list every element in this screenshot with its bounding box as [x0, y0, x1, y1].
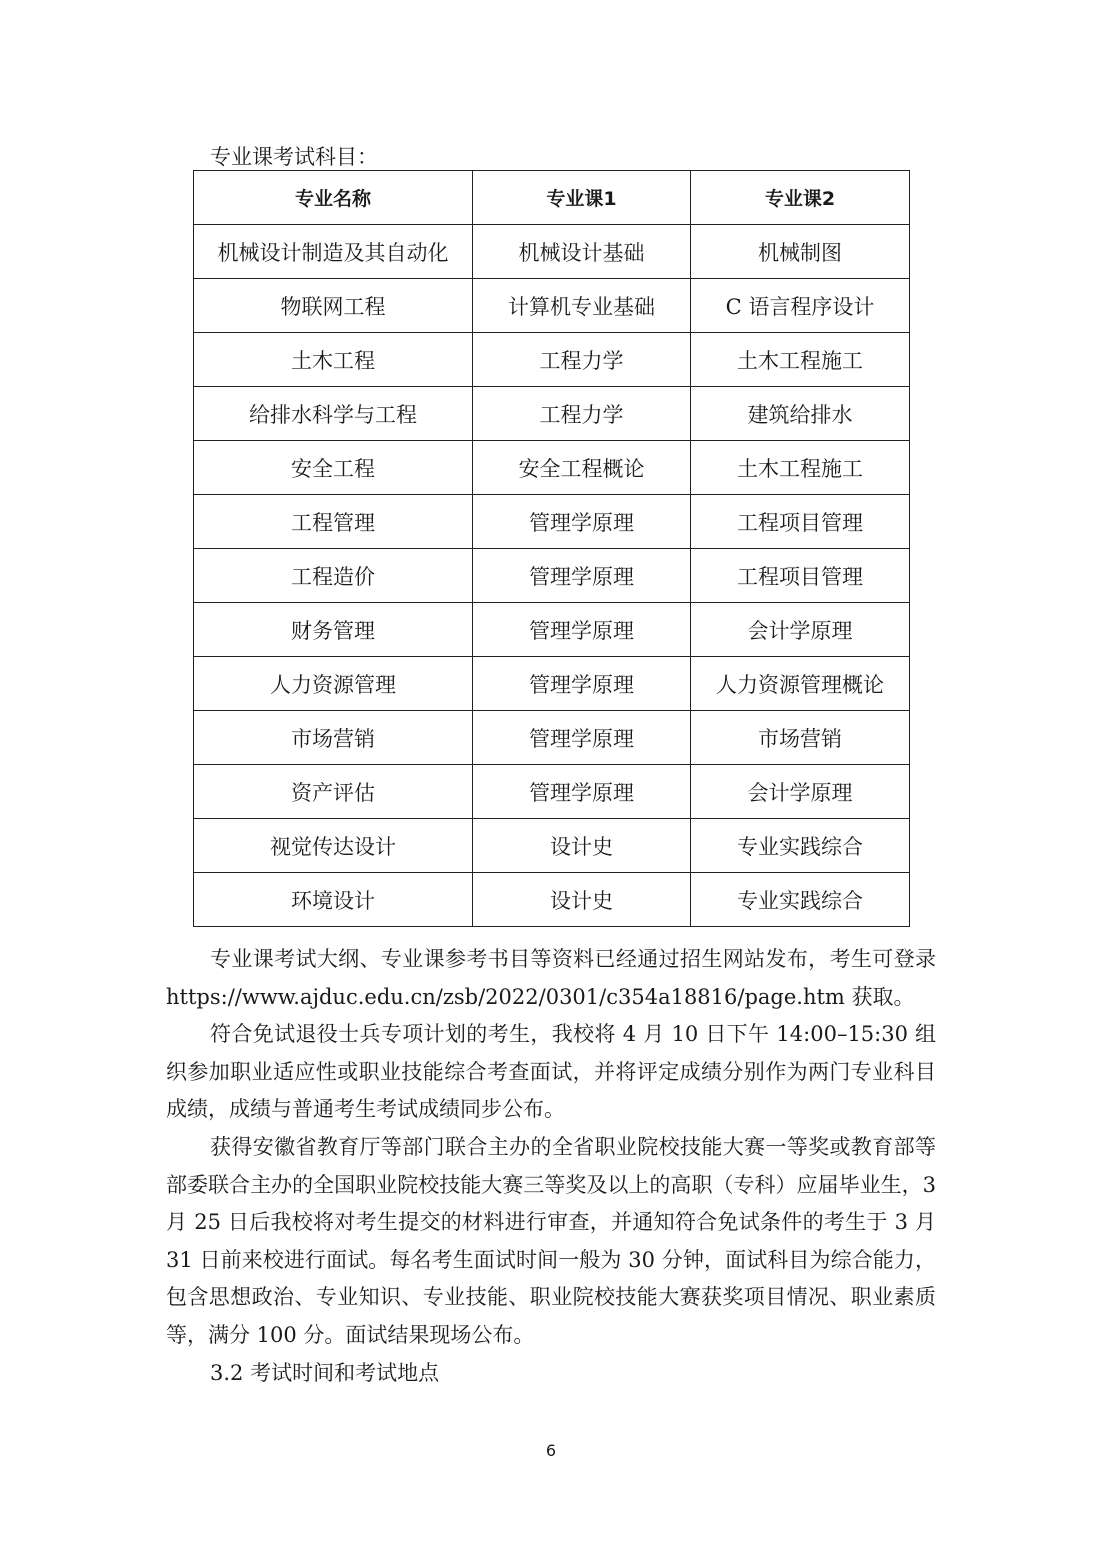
table-row: 工程造价管理学原理工程项目管理 — [194, 549, 910, 603]
header-major: 专业名称 — [194, 171, 473, 225]
cell-course-2: 建筑给排水 — [691, 387, 910, 441]
cell-major: 市场营销 — [194, 711, 473, 765]
cell-course-2: 专业实践综合 — [691, 819, 910, 873]
cell-course-1: 管理学原理 — [473, 765, 691, 819]
cell-course-2: 市场营销 — [691, 711, 910, 765]
cell-course-1: 机械设计基础 — [473, 225, 691, 279]
cell-course-2: 会计学原理 — [691, 603, 910, 657]
cell-major: 环境设计 — [194, 873, 473, 927]
cell-course-1: 管理学原理 — [473, 711, 691, 765]
cell-course-2: 工程项目管理 — [691, 495, 910, 549]
cell-major: 机械设计制造及其自动化 — [194, 225, 473, 279]
cell-course-2: 专业实践综合 — [691, 873, 910, 927]
section-label: 专业课考试科目： — [210, 141, 378, 171]
cell-course-1: 管理学原理 — [473, 603, 691, 657]
header-course-1: 专业课1 — [473, 171, 691, 225]
cell-course-1: 管理学原理 — [473, 657, 691, 711]
cell-course-1: 管理学原理 — [473, 549, 691, 603]
paragraph-skills-competition: 获得安徽省教育厅等部门联合主办的全省职业院校技能大赛一等奖或教育部等部委联合主办… — [166, 1129, 936, 1355]
cell-course-1: 设计史 — [473, 819, 691, 873]
cell-course-2: 机械制图 — [691, 225, 910, 279]
table-row: 安全工程安全工程概论土木工程施工 — [194, 441, 910, 495]
cell-major: 给排水科学与工程 — [194, 387, 473, 441]
table-row: 工程管理管理学原理工程项目管理 — [194, 495, 910, 549]
cell-course-2: 土木工程施工 — [691, 441, 910, 495]
table-row: 物联网工程计算机专业基础C 语言程序设计 — [194, 279, 910, 333]
cell-major: 财务管理 — [194, 603, 473, 657]
cell-course-1: 工程力学 — [473, 387, 691, 441]
paragraph-syllabus: 专业课考试大纲、专业课参考书目等资料已经通过招生网站发布，考生可登录 https… — [166, 941, 936, 1016]
subjects-table: 专业名称 专业课1 专业课2 机械设计制造及其自动化机械设计基础机械制图 物联网… — [193, 170, 910, 927]
cell-course-2: 会计学原理 — [691, 765, 910, 819]
table-row: 视觉传达设计设计史专业实践综合 — [194, 819, 910, 873]
table-row: 资产评估管理学原理会计学原理 — [194, 765, 910, 819]
cell-course-2: 土木工程施工 — [691, 333, 910, 387]
cell-major: 安全工程 — [194, 441, 473, 495]
cell-course-1: 管理学原理 — [473, 495, 691, 549]
table-row: 财务管理管理学原理会计学原理 — [194, 603, 910, 657]
cell-major: 资产评估 — [194, 765, 473, 819]
table-row: 机械设计制造及其自动化机械设计基础机械制图 — [194, 225, 910, 279]
cell-major: 视觉传达设计 — [194, 819, 473, 873]
table-row: 环境设计设计史专业实践综合 — [194, 873, 910, 927]
cell-course-1: 工程力学 — [473, 333, 691, 387]
cell-course-2: 工程项目管理 — [691, 549, 910, 603]
section-heading-3-2: 3.2 考试时间和考试地点 — [166, 1355, 936, 1393]
cell-course-2: C 语言程序设计 — [691, 279, 910, 333]
table-row: 给排水科学与工程工程力学建筑给排水 — [194, 387, 910, 441]
page-number: 6 — [0, 1441, 1102, 1460]
cell-major: 人力资源管理 — [194, 657, 473, 711]
cell-course-1: 计算机专业基础 — [473, 279, 691, 333]
cell-course-2: 人力资源管理概论 — [691, 657, 910, 711]
header-course-2: 专业课2 — [691, 171, 910, 225]
cell-major: 物联网工程 — [194, 279, 473, 333]
body-text: 专业课考试大纲、专业课参考书目等资料已经通过招生网站发布，考生可登录 https… — [166, 941, 936, 1392]
table-row: 土木工程工程力学土木工程施工 — [194, 333, 910, 387]
cell-course-1: 设计史 — [473, 873, 691, 927]
cell-major: 工程管理 — [194, 495, 473, 549]
cell-major: 土木工程 — [194, 333, 473, 387]
paragraph-veterans: 符合免试退役士兵专项计划的考生，我校将 4 月 10 日下午 14:00–15:… — [166, 1016, 936, 1129]
table-row: 人力资源管理管理学原理人力资源管理概论 — [194, 657, 910, 711]
table-row: 市场营销管理学原理市场营销 — [194, 711, 910, 765]
table-header-row: 专业名称 专业课1 专业课2 — [194, 171, 910, 225]
cell-major: 工程造价 — [194, 549, 473, 603]
cell-course-1: 安全工程概论 — [473, 441, 691, 495]
